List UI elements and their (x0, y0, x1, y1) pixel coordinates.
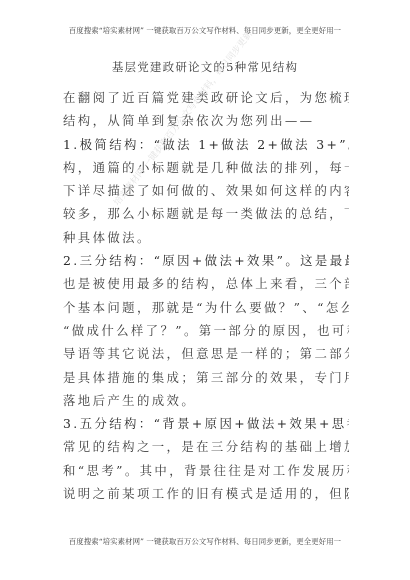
paragraph-line: “做成什么样了？”。第一部分的原因，也可称为依据、 (63, 319, 349, 342)
paragraph-line: 构，通篇的小标题就是几种做法的排列，每一个小标题之 (63, 156, 349, 179)
paragraph-line: 落地后产生的成效。 (63, 389, 349, 412)
paragraph-line: 是具体措施的集成；第三部分的效果，专门用来说明做法 (63, 366, 349, 389)
paragraph-line: 和“思考”。其中，背景往往是对工作发展历程的回顾， (63, 459, 349, 482)
paragraph-line: 较多，那么小标题就是每一类做法的总结，下面再细分几 (63, 202, 349, 225)
header-banner: 百度搜索“培实素材网” 一键获取百万公文写作材料、每日同步更新，更全更好用一 (0, 25, 410, 36)
paragraph-line: 说明之前某项工作的旧有模式是适用的，但随着形势的变 (63, 482, 349, 505)
footer-banner: 百度搜索“培实素材网” 一键获取百万公文写作材料、每日同步更新，更全更好用一 (0, 536, 410, 547)
paragraph-line: 在翻阅了近百篇党建类政研论文后，为您梳理了以下常见 (63, 86, 349, 109)
document-body: 在翻阅了近百篇党建类政研论文后，为您梳理了以下常见 结构，从简单到复杂依次为您列… (63, 86, 349, 505)
paragraph-line: 常见的结构之一，是在三分结构的基础上增加了“背景” (63, 435, 349, 458)
paragraph-line: 下详尽描述了如何做的、效果如何这样的内容。如果做法 (63, 179, 349, 202)
paragraph-line: 种具体做法。 (63, 226, 349, 249)
section-heading-line: 2.三分结构：“原因+做法+效果”。这是最最经典的结构， (63, 249, 349, 272)
section-heading-line: 1.极简结构：“做法 1+做法 2+做法 3+”。这是最最简单的结 (63, 133, 349, 156)
paragraph-line: 导语等其它说法，但意思是一样的；第二部分的做法，就 (63, 342, 349, 365)
document-title: 基层党建政研论文的5种常见结构 (0, 59, 410, 75)
paragraph-line: 结构，从简单到复杂依次为您列出—— (63, 109, 349, 132)
paragraph-line: 也是被使用最多的结构，总体上来看，三个部分回答了三 (63, 272, 349, 295)
section-heading-line: 3.五分结构：“背景+原因+做法+效果+思考”。这也是比较 (63, 412, 349, 435)
paragraph-line: 个基本问题，那就是“为什么要做？”、“怎么做的？” (63, 296, 349, 319)
document-page: 百度搜索“培实素材网” 一键获取百万公文写作材料、每日同步更新，更全更好用一 基… (0, 0, 410, 580)
